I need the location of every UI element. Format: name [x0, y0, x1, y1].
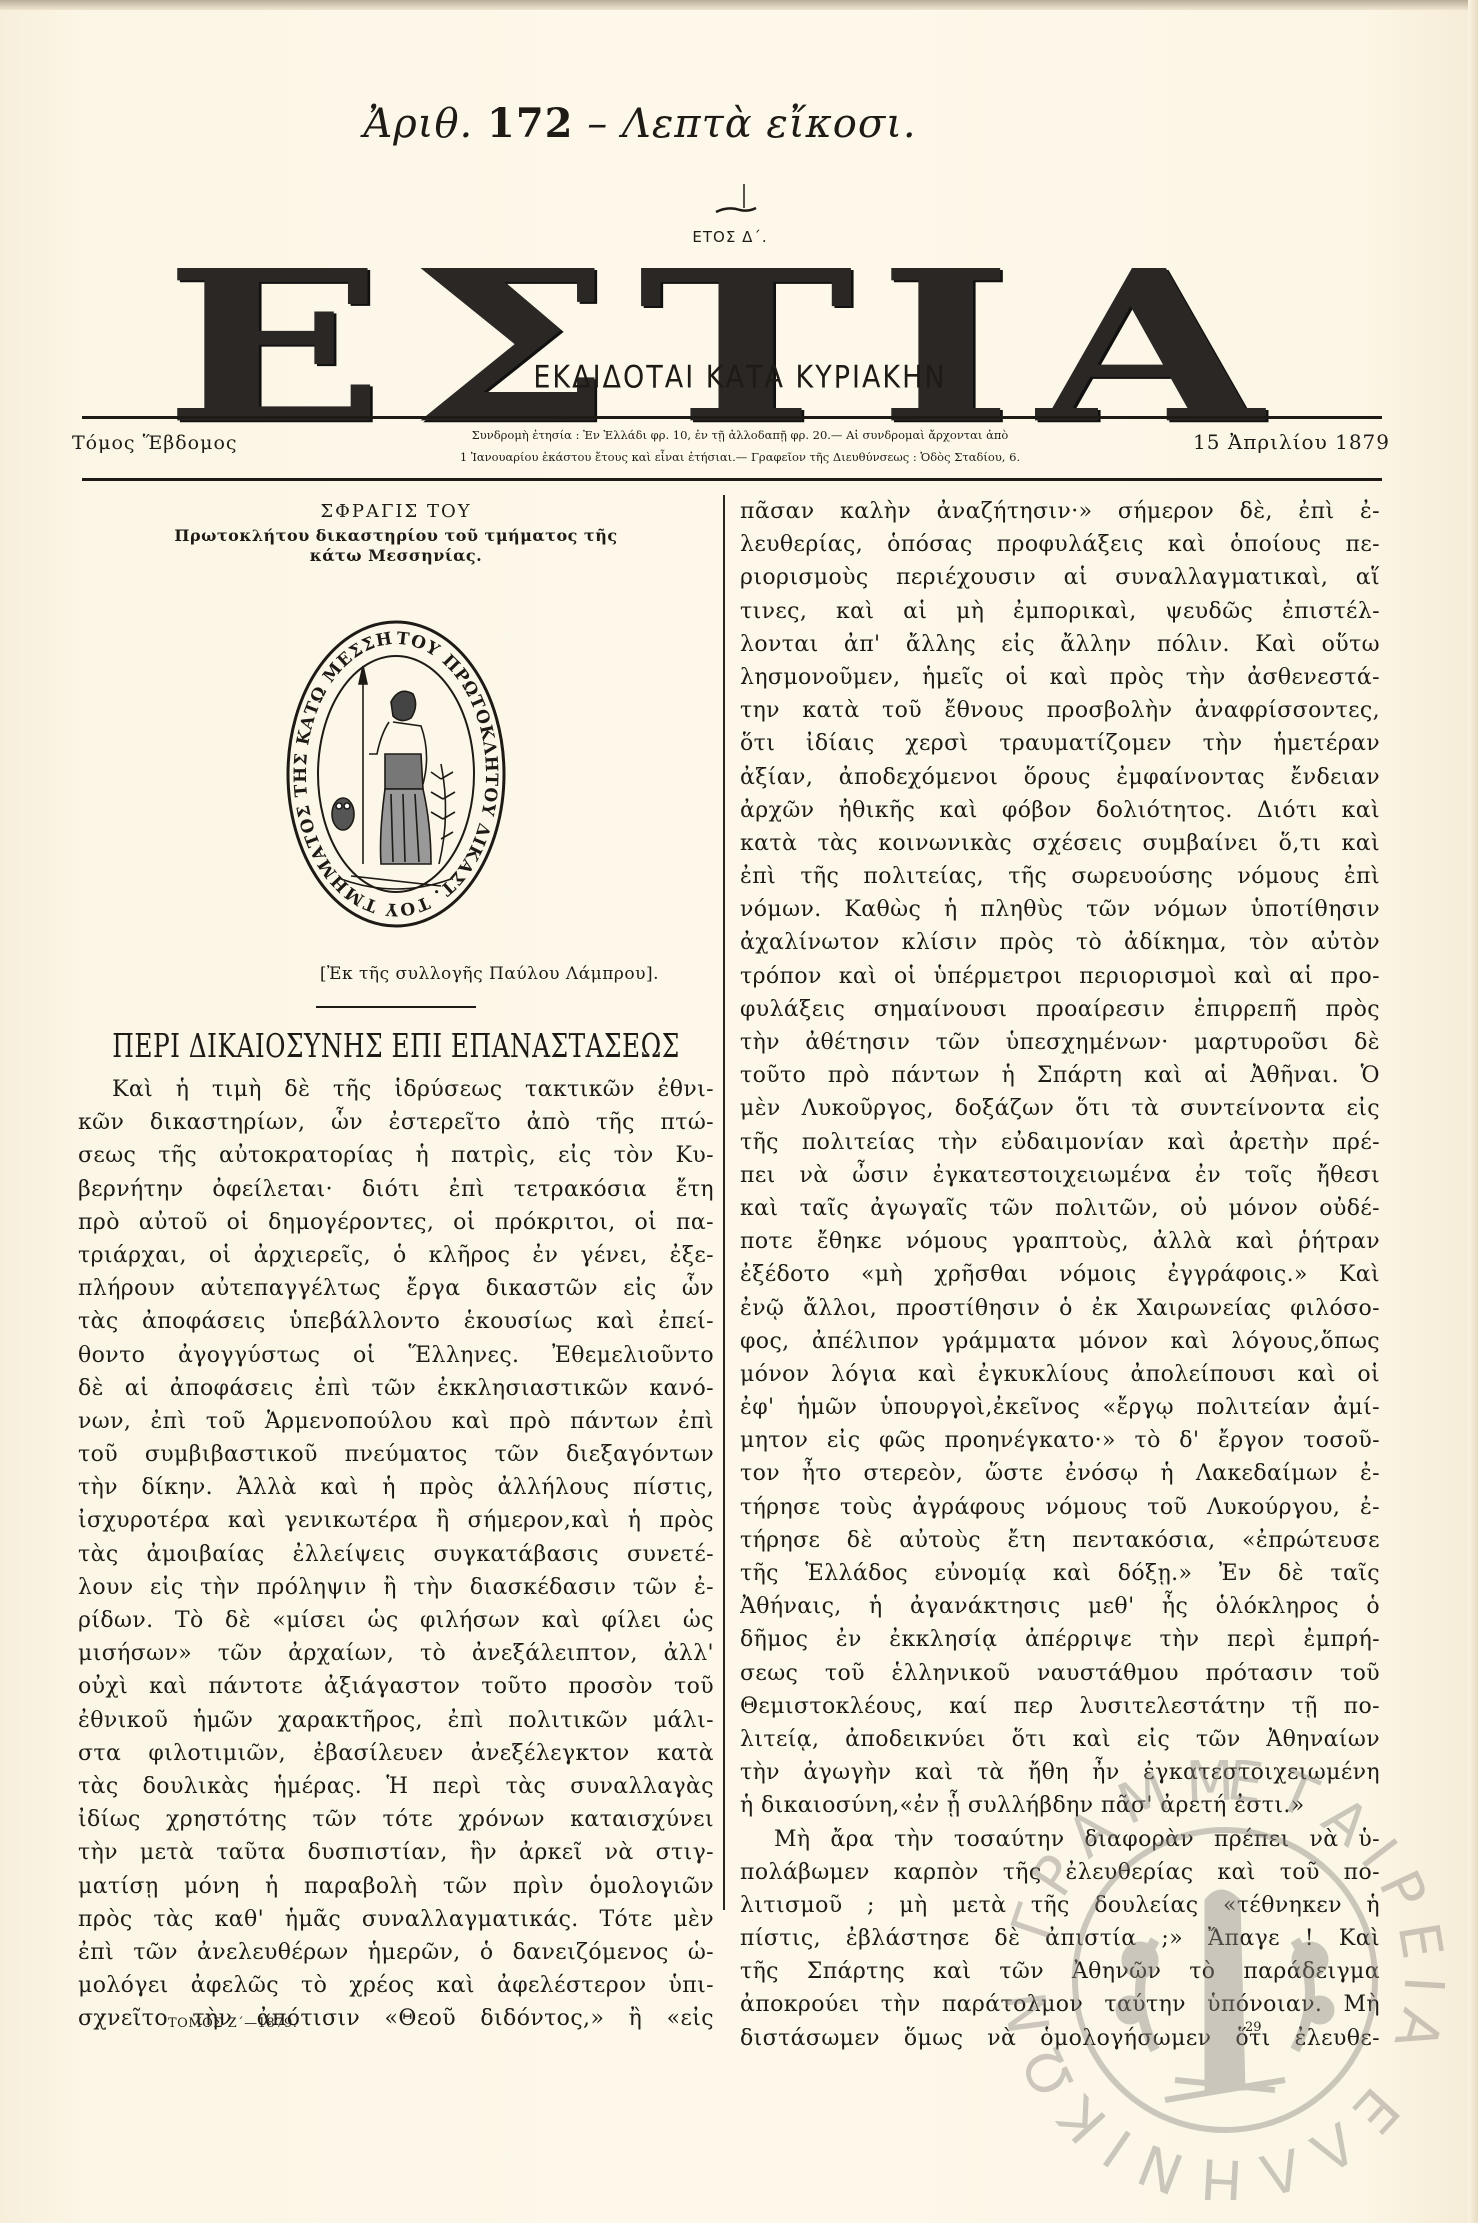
seal-caption: [Ἐκ τῆς συλλογῆς Παύλου Λάμπρου]. [78, 964, 714, 984]
text-line: στα φιλοτιμιῶν, ἐβασίλευεν ἀνεξέλεγκτον … [78, 1737, 714, 1770]
seal-subheading-line-1: Πρωτοκλήτου δικαστηρίου τοῦ τμήματος τῆς [78, 526, 714, 546]
text-line: πει νὰ ὦσιν ἐγκατεστοιχειωμένα ἐν τοῖς ἤ… [740, 1159, 1380, 1192]
scan-top-edge [0, 0, 1478, 10]
text-line: τὰς δουλικὰς ἡμέρας. Ἡ περὶ τὰς συναλλαγ… [78, 1770, 714, 1803]
text-line: ὅτι ἰδίαις χερσὶ τραυματίζομεν τὴν ἡμετέ… [740, 727, 1380, 760]
text-line: τοῦ συμβιβαστικοῦ πνεύματος τῶν διεξαγόν… [78, 1438, 714, 1471]
text-line: ἐθνικοῦ ἡμῶν χαρακτῆρος, ἐπὶ πολιτικῶν μ… [78, 1704, 714, 1737]
text-line: τον ἦτο στερεὸν, ὥστε ἐνόσῳ ἡ Λακεδαίμων… [740, 1457, 1380, 1490]
text-line: πλήρουν αὐτεπαγγέλτως ἔργα δικαστῶν εἰς … [78, 1272, 714, 1305]
column-divider [723, 495, 725, 1910]
text-line: μόνον λόγια καὶ ἐγκυκλίους ἀπολείπουσι κ… [740, 1358, 1380, 1391]
text-line: τῆς Ἑλλάδος εὐνομίᾳ καὶ δόξῃ.» Ἐν δὲ ταῖ… [740, 1557, 1380, 1590]
volume-footer: ΤΟΜΟΣ Ζ΄—1879. [168, 2016, 297, 2031]
text-line: τριάρχαι, οἱ ἀρχιερεῖς, ὁ κλῆρος ἐν γένε… [78, 1239, 714, 1272]
text-line: τήρησε δὲ αὐτοὺς ἔτη πεντακόσια, «ἐπρώτε… [740, 1524, 1380, 1557]
text-line: λησμονοῦμεν, ἡμεῖς οἱ καὶ πρὸς τὴν ἀσθεν… [740, 661, 1380, 694]
text-line: δῆμος ἐν ἐκκλησίᾳ ἀπέρριψε τὴν περὶ ἐμπρ… [740, 1623, 1380, 1656]
court-seal-image: ΤΟΥ ΠΡΩΤΟΚΛΗΤΟΥ ΔΙΚΑΣΤ. ΤΟΥ ΤΜΗΜΑΤΟΣ ΤΗΣ… [281, 614, 511, 934]
text-line: ριορισμοὺς περιέχουσιν αἱ συναλλαγματικα… [740, 561, 1380, 594]
text-line: οὐχὶ καὶ πάντοτε ἀξιάγαστον τοῦτο προσὸν… [78, 1670, 714, 1703]
volume-label: Τόμος Ἕβδομος [72, 432, 302, 454]
text-line: τὴν μετὰ ταῦτα δυσπιστίαν, ἣν ἀρκεῖ νὰ σ… [78, 1836, 714, 1869]
issue-line: Ἀριθ. 172 – Λεπτὰ εἴκοσι. [300, 100, 980, 147]
section-divider [316, 1006, 476, 1008]
text-line: τῆς πολιτείας τὴν εὐδαιμονίαν καὶ ἀρετὴν… [740, 1126, 1380, 1159]
text-line: θοντο ἀγογγύστως οἱ Ἕλληνες. Ἐθεμελιοῦντ… [78, 1339, 714, 1372]
text-line: πᾶσαν καλὴν ἀναζήτησιν·» σήμερον δὲ, ἐπὶ… [740, 495, 1380, 528]
text-line: φυλάξεις σημαίνουσι προαίρεσιν ἐπιρρεπῆ … [740, 993, 1380, 1026]
text-line: την κατὰ τοῦ ἔθνους προσβολὴν ἀναφρίσσον… [740, 694, 1380, 727]
text-line: τήρησε τοὺς ἀγράφους νόμους τοῦ Λυκούργο… [740, 1491, 1380, 1524]
text-line: ἐνῷ ἄλλοι, προστίθησιν ὁ ἐκ Χαιρωνείας φ… [740, 1292, 1380, 1325]
text-line: ποτε ἔθηκε νόμους γραπτοὺς, ἀλλὰ καὶ ῥήτ… [740, 1225, 1380, 1258]
text-line: Καὶ ἡ τιμὴ δὲ τῆς ἱδρύσεως τακτικῶν ἐθνι… [78, 1073, 714, 1106]
text-line: ἀχαλίνωτον κλίσιν πρὸς τὸ ἀδίκημα, τὸν α… [740, 926, 1380, 959]
text-line: λονται ἀπ' ἄλλης εἰς ἄλλην πόλιν. Καὶ οὕ… [740, 628, 1380, 661]
text-line: πρὸ αὐτοῦ οἱ δημογέροντες, οἱ πρόκριτοι,… [78, 1206, 714, 1239]
text-line: λουν εἰς τὴν πρόληψιν ἢ τὴν διασκέδασιν … [78, 1571, 714, 1604]
text-line: μισήσων» τῶν ἀρχαίων, τὸ ἀνεξάλειπτον, ἀ… [78, 1637, 714, 1670]
text-line: κατὰ τὰς κοινωνικὰς σχέσεις συμβαίνει ὅ,… [740, 827, 1380, 860]
society-seal-watermark-icon: ΕΤΑΙΡΕΙΑ ΕΛΛΗΝΙΚΩΝ ΓΡΑΜΜΑΤΩΝ [1005, 1760, 1445, 2200]
text-line: ἐξέδοτο «μὴ χρῆσθαι νόμοις ἐγγράφοις.» Κ… [740, 1258, 1380, 1291]
text-line: Θεμιστοκλέους, καί περ λυσιτελεστάτην τῇ… [740, 1690, 1380, 1723]
issue-prefix: Ἀριθ. [363, 101, 473, 147]
text-line: ρίδων. Τὸ δὲ «μίσει ὡς φιλήσων καὶ φίλει… [78, 1604, 714, 1637]
text-line: μητον εἰς φῶς προηνέγκατο·» τὸ δ' ἔργον … [740, 1424, 1380, 1457]
athena-seal-icon: ΤΟΥ ΠΡΩΤΟΚΛΗΤΟΥ ΔΙΚΑΣΤ. ΤΟΥ ΤΜΗΜΑΤΟΣ ΤΗΣ… [281, 614, 511, 934]
text-line: Ἀθήναις, ἡ ἀγανάκτησις μεθ' ἧς ὁλόκληρος… [740, 1590, 1380, 1623]
subscription-info: Συνδρομὴ ἐτησία : Ἐν Ἑλλάδι φρ. 10, ἐν τ… [340, 424, 1140, 468]
text-line: ἰσχυροτέρα καὶ γενικωτέρα ἢ σήμερον,καὶ … [78, 1504, 714, 1537]
text-line: τοῦτο πρὸ πάντων ἡ Σπάρτη καὶ αἱ Ἀθῆναι.… [740, 1059, 1380, 1092]
text-line: τινες, καὶ αἱ μὴ ἐμπορικαὶ, ψευδῶς ἐπιστ… [740, 595, 1380, 628]
text-line: τὴν ἀθέτησιν τῶν ὑπεσχημένων· μαρτυροῦσι… [740, 1026, 1380, 1059]
text-line: μολόγει ἀφελῶς τὸ χρέος καὶ ἀφελέστερον … [78, 1969, 714, 2002]
archive-watermark-stamp: ΕΤΑΙΡΕΙΑ ΕΛΛΗΝΙΚΩΝ ΓΡΑΜΜΑΤΩΝ [1005, 1760, 1445, 2200]
text-line: νόμων. Καθὼς ἡ πληθὺς τῶν νόμων ὑποτίθησ… [740, 893, 1380, 926]
text-line: κῶν δικαστηρίων, ὧν ἐστερεῖτο ἀπὸ τῆς πτ… [78, 1106, 714, 1139]
text-line: τὰς ἀμοιβαίας ἐλλείψεις συγκατάβασις συν… [78, 1538, 714, 1571]
left-column: ΣΦΡΑΓΙΣ ΤΟΥ Πρωτοκλήτου δικαστηρίου τοῦ … [78, 495, 714, 2035]
text-line: πρὸς τὰς καθ' ἡμᾶς συναλλαγματικάς. Τότε… [78, 1903, 714, 1936]
newspaper-subtitle: ΕΚΔΙΔΟΤΑΙ ΚΑΤΑ ΚΥΡΙΑΚΗΝ [300, 360, 1180, 396]
seal-subheading: Πρωτοκλήτου δικαστηρίου τοῦ τμήματος τῆς… [78, 526, 714, 566]
text-line: μὲν Λυκοῦργος, δοξάζων ὅτι τὰ συντείνοντ… [740, 1092, 1380, 1125]
text-line: καὶ ταῖς ἀγωγαῖς τῶν πολιτῶν, οὐ μόνον ο… [740, 1192, 1380, 1225]
text-line: ματίσῃ μόνη ἡ παραβολὴ τῶν πρὶν ὁμολογιῶ… [78, 1870, 714, 1903]
text-line: φος, ἀπέλιπον γράμματα μόνον καὶ λόγους,… [740, 1325, 1380, 1358]
seal-subheading-line-2: κάτω Μεσσηνίας. [78, 546, 714, 566]
text-line: τὴν δίκην. Ἀλλὰ καὶ ἡ πρὸς ἀλλήλους πίστ… [78, 1471, 714, 1504]
text-line: βερνήτην ὀφείλεται· διότι ἐπὶ τετρακόσια… [78, 1173, 714, 1206]
text-line: ἐπὶ τῆς πολιτείας, τῆς σωρευούσης νόμους… [740, 860, 1380, 893]
article-title: ΠΕΡΙ ΔΙΚΑΙΟΣΥΝΗΣ ΕΠΙ ΕΠΑΝΑΣΤΑΣΕΩΣ [103, 1028, 688, 1065]
text-line: λιτείᾳ, ἀποδεικνύει ὅτι καὶ εἰς τῶν Ἀθην… [740, 1723, 1380, 1756]
flourish-ornament-icon [714, 182, 758, 216]
issue-price: – Λεπτὰ εἴκοσι. [587, 101, 916, 147]
issue-number: 172 [487, 100, 574, 147]
text-line: νων, ἐπὶ τοῦ Ἁρμενοπούλου καὶ πρὸ πάντων… [78, 1405, 714, 1438]
text-line: ἐπὶ τῶν ἀνελευθέρων ἡμερῶν, ὁ δανειζόμεν… [78, 1936, 714, 1969]
subscription-line-1: Συνδρομὴ ἐτησία : Ἐν Ἑλλάδι φρ. 10, ἐν τ… [340, 424, 1140, 446]
text-line: τρόπον καὶ οἱ ὑπέρμετροι περιορισμοὶ καὶ… [740, 960, 1380, 993]
issue-date: 15 Ἀπριλίου 1879 [1150, 430, 1390, 454]
text-line: ἀρχῶν ἠθικῆς καὶ φόβον δολιότητος. Διότι… [740, 794, 1380, 827]
text-line: λευθερίας, ὁπόσας προφυλάξεις καὶ ὁποίου… [740, 528, 1380, 561]
newspaper-page: Ἀριθ. 172 – Λεπτὰ εἴκοσι. ΕΤΟΣ Δ΄. ΕΣΤΙΑ… [0, 0, 1478, 2223]
text-line: σεως τῆς αὐτοκρατορίας ἡ πατρὶς, εἰς τὸν… [78, 1139, 714, 1172]
subscription-line-2: 1 Ἰανουαρίου ἑκάστου ἔτους καὶ εἶναι ἐτή… [340, 446, 1140, 468]
seal-heading: ΣΦΡΑΓΙΣ ΤΟΥ [78, 501, 714, 522]
text-line: σεως τοῦ ἑλληνικοῦ ναυστάθμου πρότασιν τ… [740, 1657, 1380, 1690]
text-line: ἰδίως χρηστότης τῶν τότε χρόνων καταισχύ… [78, 1803, 714, 1836]
masthead-rule-top [82, 416, 1382, 419]
scan-right-edge [1468, 0, 1478, 2223]
text-line: τὰς ἀποφάσεις ὑπεβάλλοντο ἑκουσίως καὶ ἐ… [78, 1305, 714, 1338]
masthead-rule-bottom [82, 478, 1382, 481]
article-body-left: Καὶ ἡ τιμὴ δὲ τῆς ἱδρύσεως τακτικῶν ἐθνι… [78, 1073, 714, 2035]
text-line: ἀξίαν, ἀποδεχόμενοι ὅρους ἐμφαίνοντας ἔν… [740, 761, 1380, 794]
text-line: ἐφ' ἡμῶν ὑπουργοὶ,ἐκεῖνος «ἔργῳ πολιτεία… [740, 1391, 1380, 1424]
text-line: δὲ αἱ ἀποφάσεις ἐπὶ τῶν ἐκκλησιαστικῶν κ… [78, 1372, 714, 1405]
